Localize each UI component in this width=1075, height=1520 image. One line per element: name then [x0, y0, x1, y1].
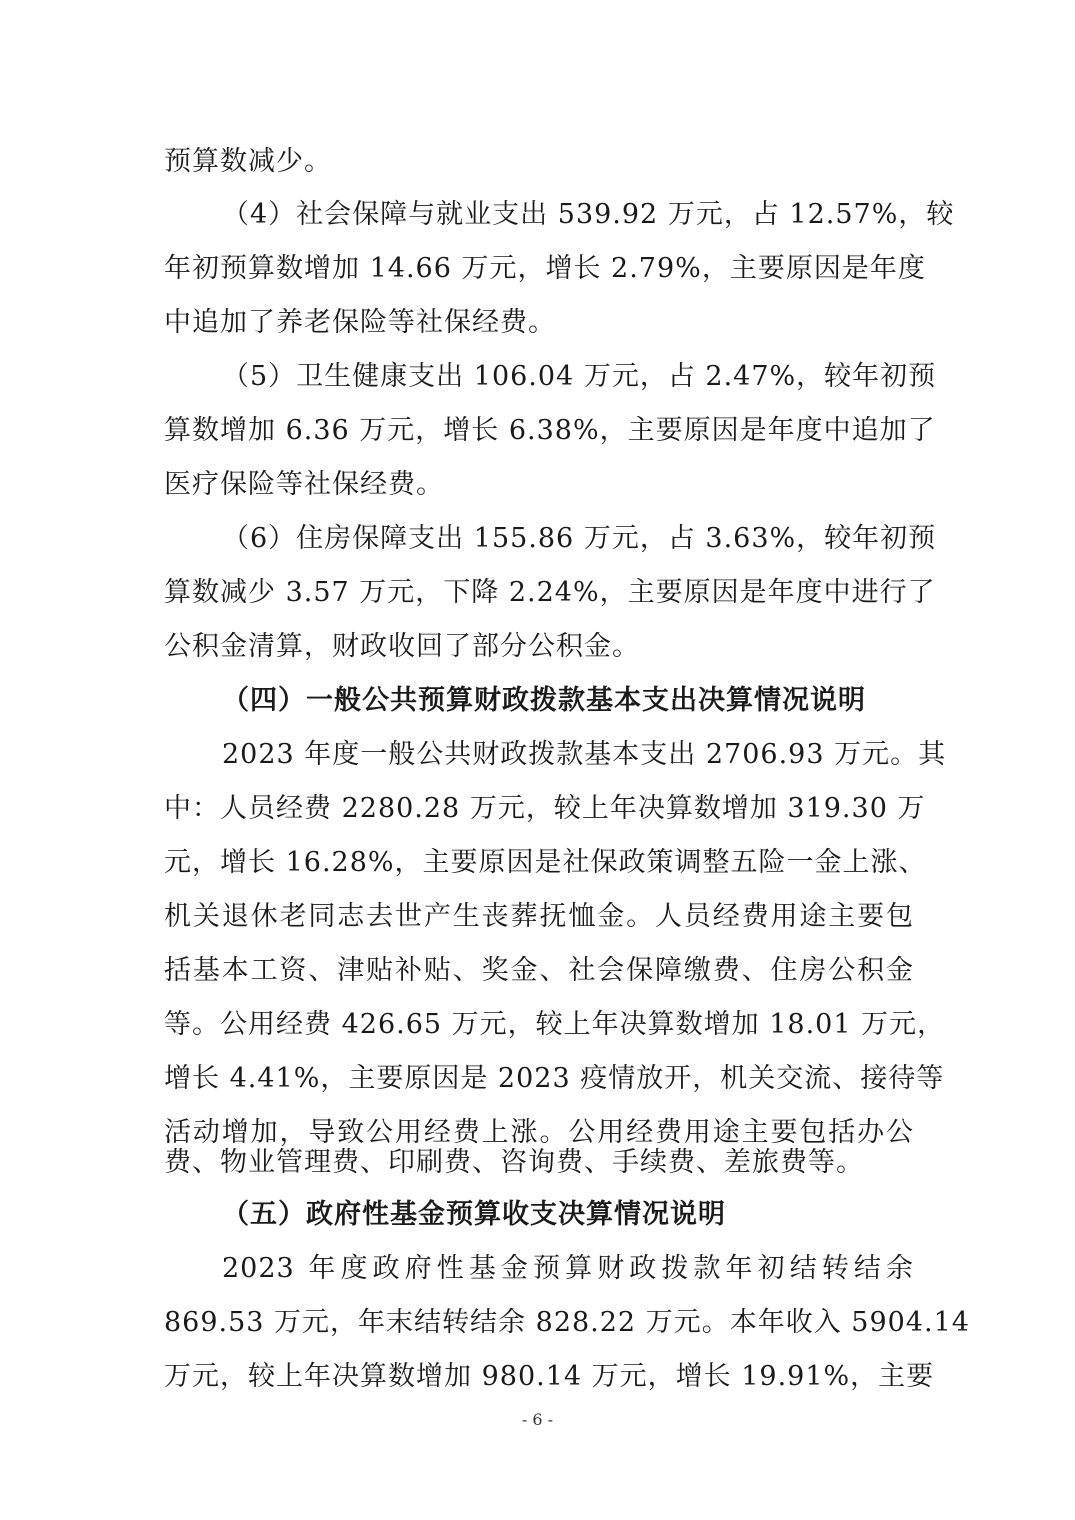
text-line: （6）住房保障支出 155.86 万元，占 3.63%，较年初预 — [222, 522, 914, 556]
text-line: 公积金清算，财政收回了部分公积金。 — [164, 630, 914, 664]
text-line: 2023 年度政府性基金预算财政拨款年初结转结余 — [222, 1252, 914, 1286]
page-number: - 6 - — [0, 1410, 1075, 1429]
text-line: 算数减少 3.57 万元，下降 2.24%，主要原因是年度中进行了 — [164, 576, 914, 610]
text-line: （5）卫生健康支出 106.04 万元，占 2.47%，较年初预 — [222, 360, 914, 394]
text-line: 活动增加，导致公用经费上涨。公用经费用途主要包括办公 — [164, 1116, 914, 1150]
text-line: 等。公用经费 426.65 万元，较上年决算数增加 18.01 万元， — [164, 1008, 914, 1042]
section-heading: （五）政府性基金预算收支决算情况说明 — [222, 1198, 914, 1232]
text-line: 费、物业管理费、印刷费、咨询费、手续费、差旅费等。 — [164, 1146, 914, 1180]
text-line: 869.53 万元，年末结转结余 828.22 万元。本年收入 5904.14 — [164, 1306, 914, 1340]
text-line: （4）社会保障与就业支出 539.92 万元，占 12.57%，较 — [222, 198, 914, 232]
text-line: 括基本工资、津贴补贴、奖金、社会保障缴费、住房公积金 — [164, 954, 914, 988]
text-line: 算数增加 6.36 万元，增长 6.38%，主要原因是年度中追加了 — [164, 414, 914, 448]
text-line: 中：人员经费 2280.28 万元，较上年决算数增加 319.30 万 — [164, 792, 914, 826]
text-line: 增长 4.41%，主要原因是 2023 疫情放开，机关交流、接待等 — [164, 1062, 914, 1096]
text-line: 年初预算数增加 14.66 万元，增长 2.79%，主要原因是年度 — [164, 252, 914, 286]
text-line: 万元，较上年决算数增加 980.14 万元，增长 19.91%，主要 — [164, 1360, 914, 1394]
text-line: 中追加了养老保险等社保经费。 — [164, 306, 914, 340]
document-page: 预算数减少。 （4）社会保障与就业支出 539.92 万元，占 12.57%，较… — [0, 0, 1075, 1520]
text-line: 预算数减少。 — [164, 145, 914, 179]
section-heading: （四）一般公共预算财政拨款基本支出决算情况说明 — [222, 684, 914, 718]
text-line: 医疗保险等社保经费。 — [164, 468, 914, 502]
text-line: 2023 年度一般公共财政拨款基本支出 2706.93 万元。其 — [222, 738, 914, 772]
text-line: 元，增长 16.28%，主要原因是社保政策调整五险一金上涨、 — [164, 846, 914, 880]
text-line: 机关退休老同志去世产生丧葬抚恤金。人员经费用途主要包 — [164, 900, 914, 934]
